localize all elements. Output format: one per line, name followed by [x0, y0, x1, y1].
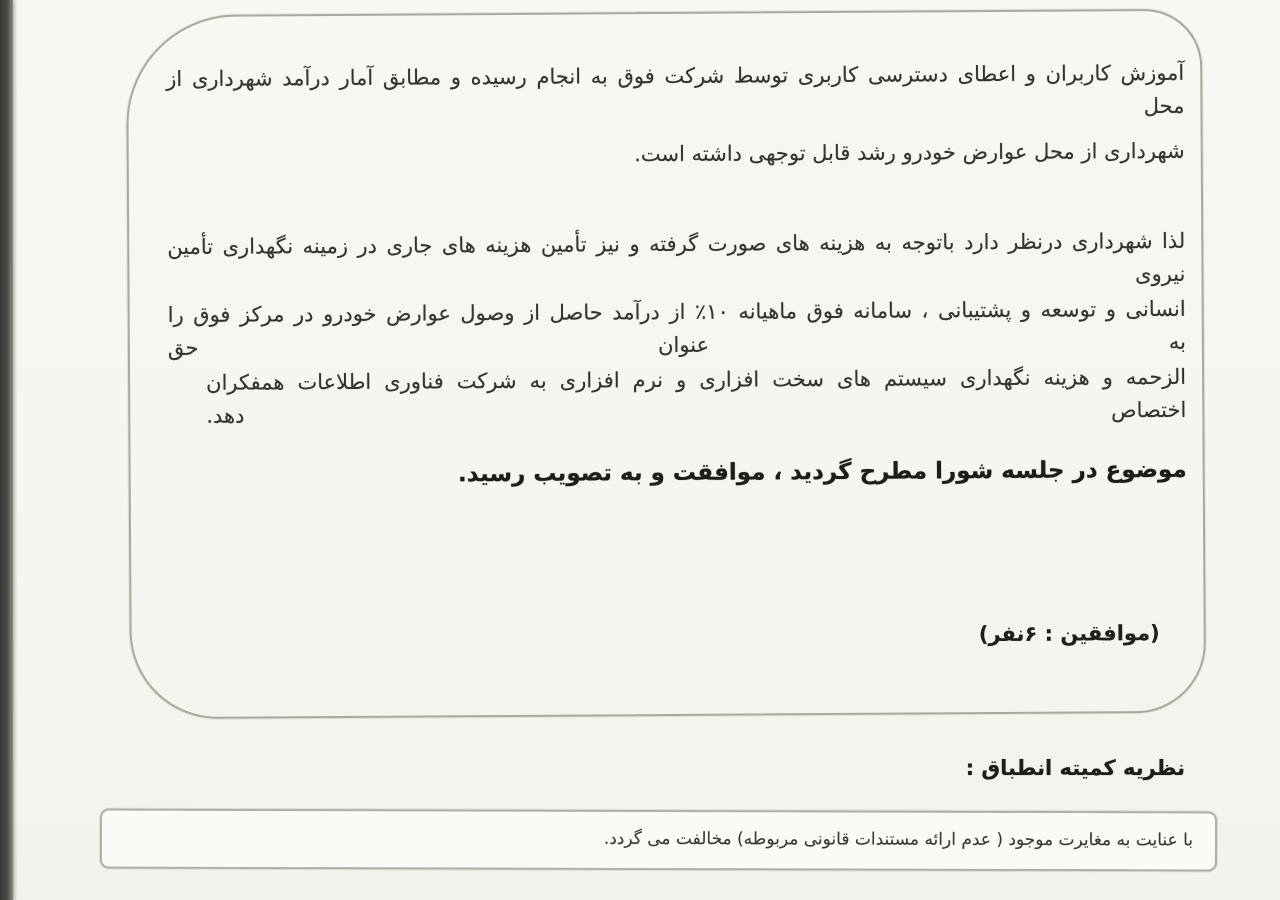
scanner-edge-strip: [0, 0, 13, 900]
paragraph1-line2: شهرداری از محل عوارض خودرو رشد قابل توجه…: [634, 135, 1185, 171]
paragraph1-line1: آموزش کاربران و اعطای دسترسی کاربری توسط…: [166, 57, 1184, 128]
paragraph2-line1: لذا شهرداری درنظر دارد باتوجه به هزینه ه…: [167, 225, 1185, 296]
committee-opinion-heading: نظریه کمیته انطباق :: [966, 756, 1185, 780]
committee-opinion-text: با عنایت به مغایرت موجود ( عدم ارائه مست…: [124, 811, 1193, 870]
paragraph2-line2: انسانی و توسعه و پشتیبانی ، سامانه فوق م…: [168, 293, 1186, 364]
approvers-count-note: (موافقین : ۶نفر): [979, 617, 1160, 651]
paragraph2-line3: الزحمه و هزینه نگهداری سیستم های سخت افز…: [206, 361, 1186, 432]
resolution-statement: موضوع در جلسه شورا مطرح گردید ، موافقت و…: [458, 453, 1187, 493]
scanned-document-page: آموزش کاربران و اعطای دسترسی کاربری توسط…: [0, 0, 1280, 900]
resolution-text-box: آموزش کاربران و اعطای دسترسی کاربری توسط…: [126, 9, 1206, 720]
committee-opinion-box: با عنایت به مغایرت موجود ( عدم ارائه مست…: [100, 809, 1217, 872]
